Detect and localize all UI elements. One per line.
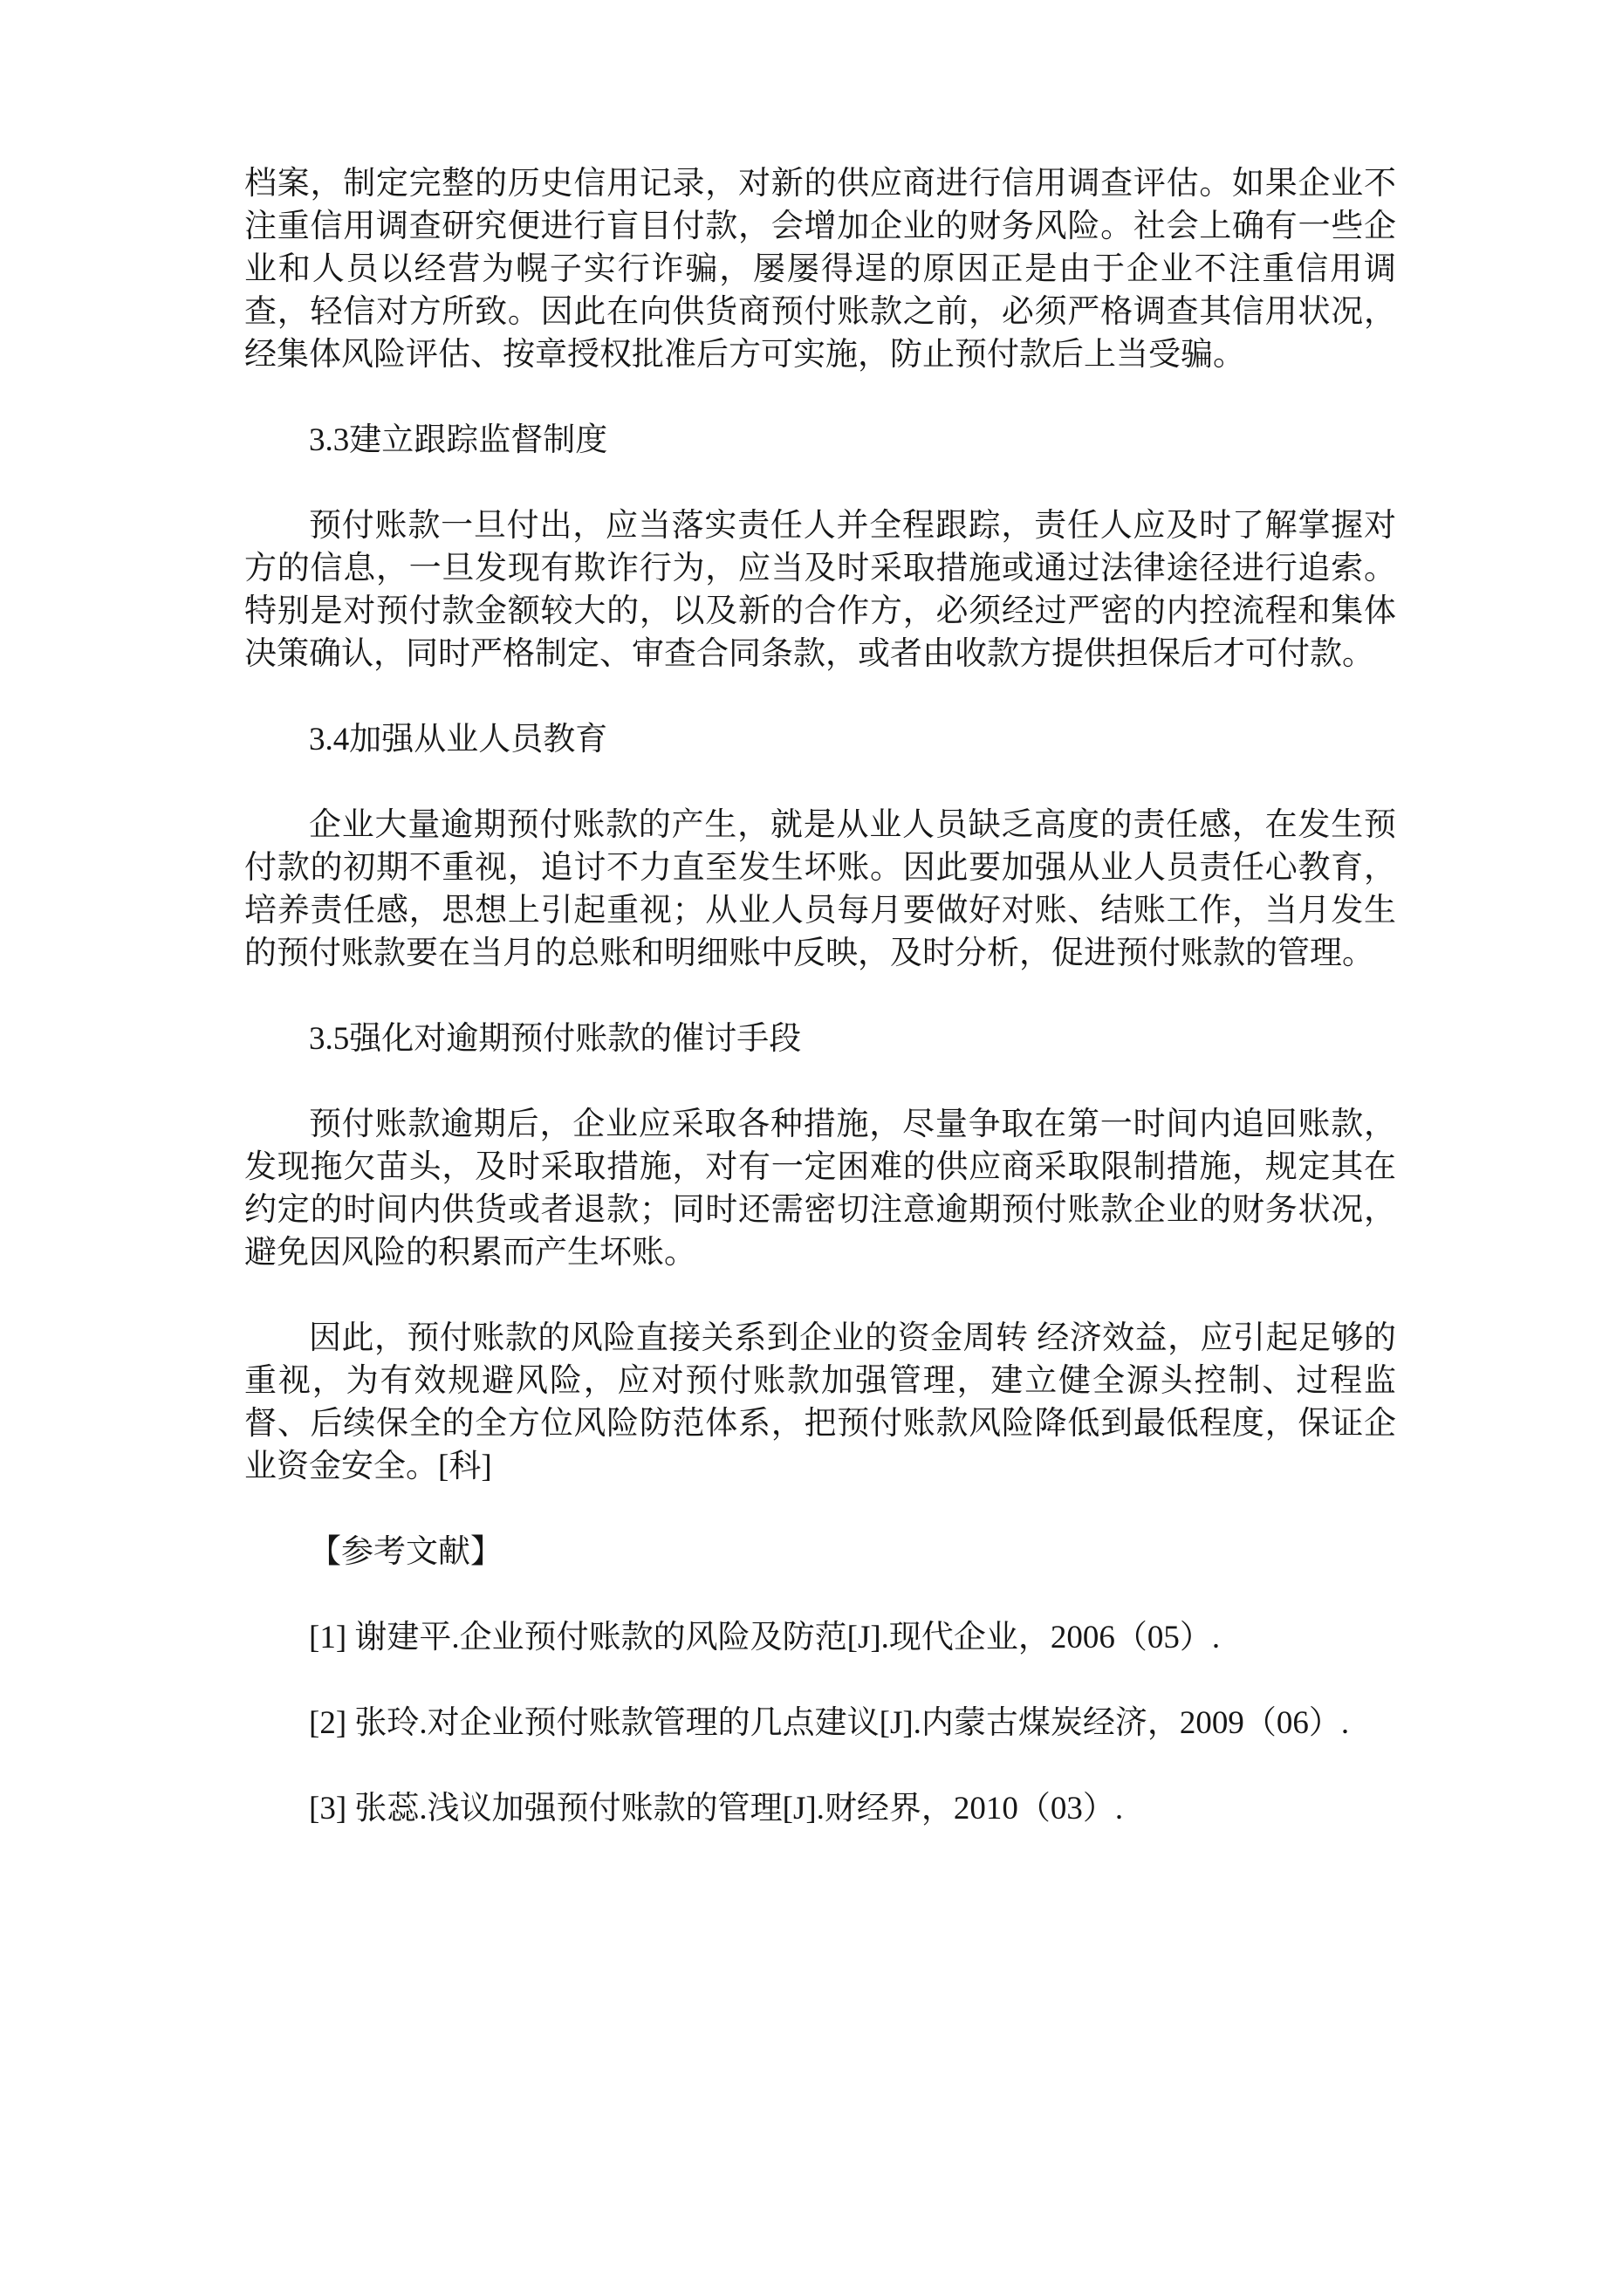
closing-paragraph: 因此，预付账款的风险直接关系到企业的资金周转 经济效益，应引起足够的重视，为有效… <box>244 1317 1396 1488</box>
section-heading-3-4: 3.4加强从业人员教育 <box>244 718 1396 761</box>
section-paragraph-3-4: 企业大量逾期预付账款的产生，就是从业人员缺乏高度的责任感，在发生预付款的初期不重… <box>244 804 1396 975</box>
reference-item-3: [3] 张蕊.浅议加强预付账款的管理[J].财经界，2010（03）. <box>244 1787 1396 1830</box>
document-content: 档案，制定完整的历史信用记录，对新的供应商进行信用调查评估。如果企业不注重信用调… <box>0 0 1623 1830</box>
references-heading: 【参考文献】 <box>244 1531 1396 1573</box>
reference-item-2: [2] 张玲.对企业预付账款管理的几点建议[J].内蒙古煤炭经济，2009（06… <box>244 1702 1396 1744</box>
section-paragraph-3-3: 预付账款一旦付出，应当落实责任人并全程跟踪，责任人应及时了解掌握对方的信息，一旦… <box>244 504 1396 675</box>
section-paragraph-3-5: 预付账款逾期后，企业应采取各种措施，尽量争取在第一时间内追回账款，发现拖欠苗头，… <box>244 1103 1396 1274</box>
section-heading-3-5: 3.5强化对逾期预付账款的催讨手段 <box>244 1018 1396 1060</box>
section-heading-3-3: 3.3建立跟踪监督制度 <box>244 419 1396 462</box>
reference-item-1: [1] 谢建平.企业预付账款的风险及防范[J].现代企业，2006（05）. <box>244 1616 1396 1659</box>
intro-paragraph: 档案，制定完整的历史信用记录，对新的供应商进行信用调查评估。如果企业不注重信用调… <box>244 162 1396 376</box>
document-page: 档案，制定完整的历史信用记录，对新的供应商进行信用调查评估。如果企业不注重信用调… <box>0 0 1623 2296</box>
